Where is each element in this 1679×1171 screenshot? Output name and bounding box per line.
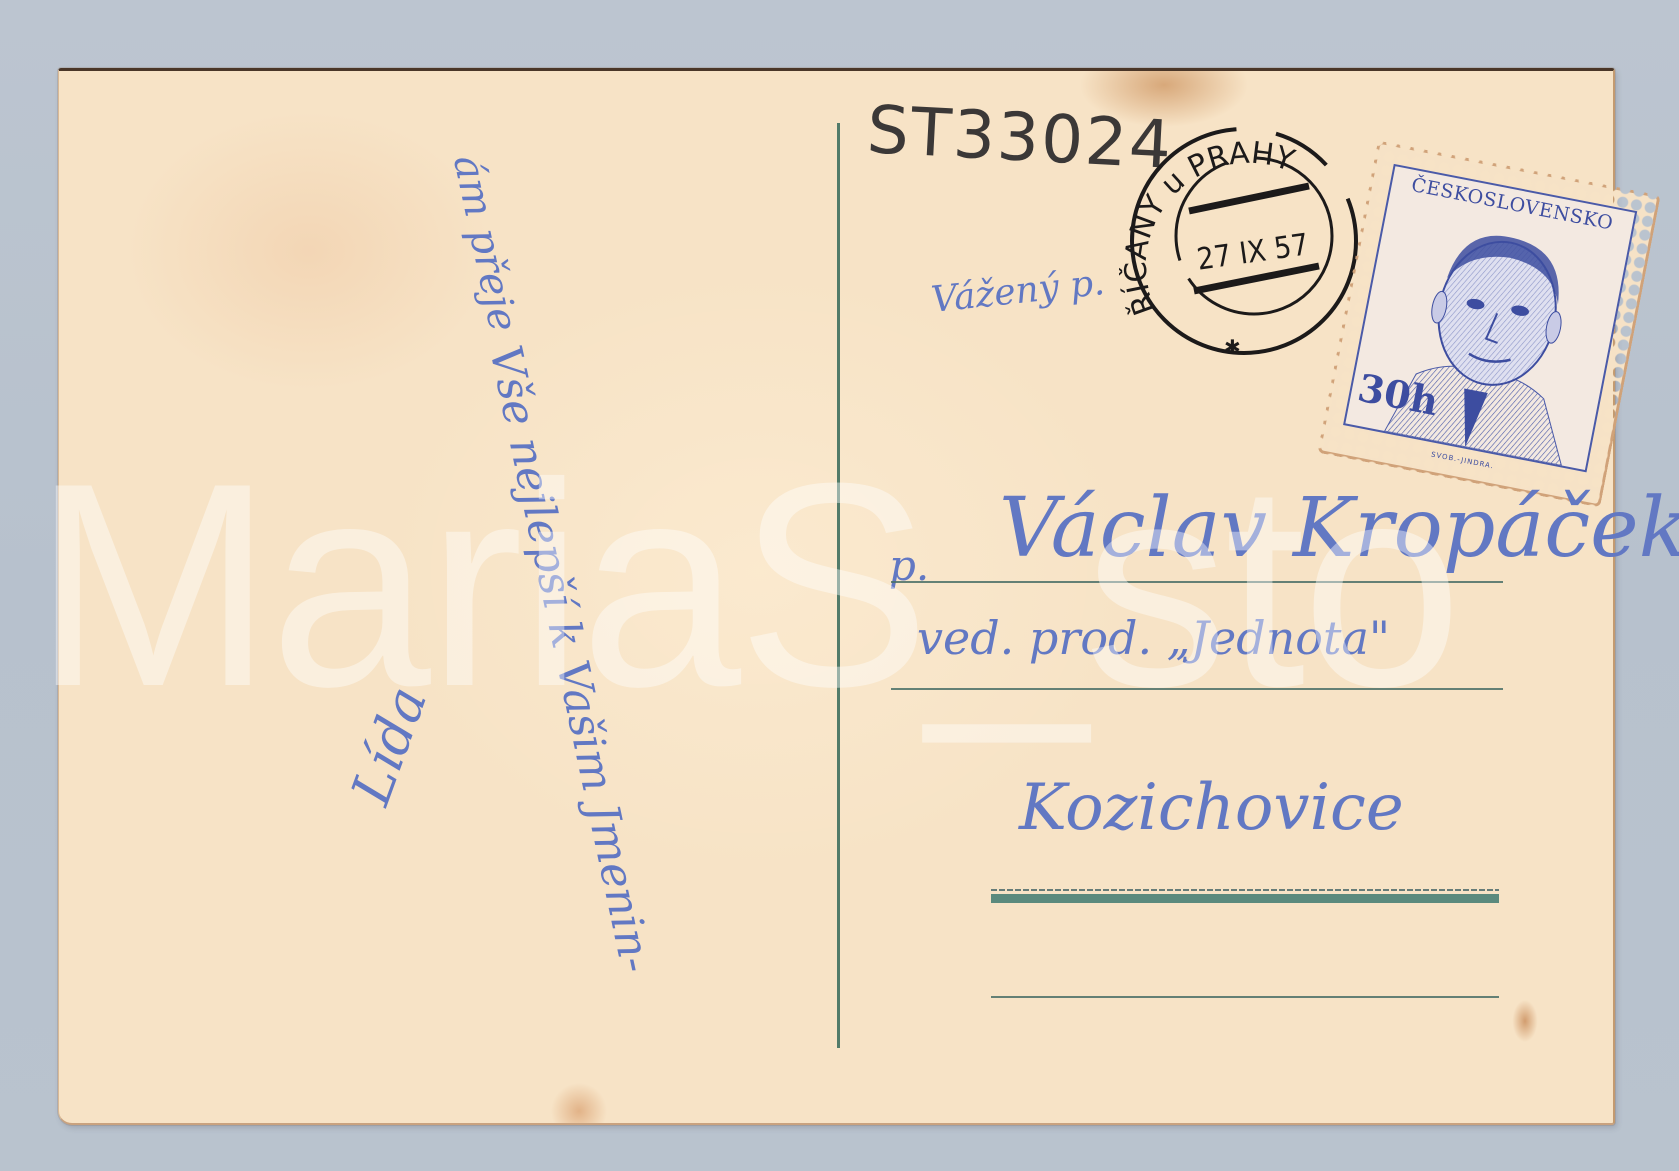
message-line-2: ám přeje — [444, 151, 526, 336]
address-line-4 — [991, 996, 1499, 998]
svg-text:✱: ✱ — [1224, 335, 1241, 359]
greeting-line: Vážený p. — [929, 262, 1106, 321]
postmark-town: ŘÍČANY u PRAHY — [1119, 136, 1299, 320]
svg-text:ŘÍČANY u PRAHY: ŘÍČANY u PRAHY — [1119, 136, 1299, 320]
watermark: MariaS_sto — [32, 440, 1459, 730]
address-line-3-underline — [991, 894, 1499, 903]
postmark-cancellation: ŘÍČANY u PRAHY 27 IX 57 ✱ — [1119, 116, 1369, 366]
address-city: Kozichovice — [1019, 771, 1404, 845]
address-line-3 — [991, 889, 1499, 891]
